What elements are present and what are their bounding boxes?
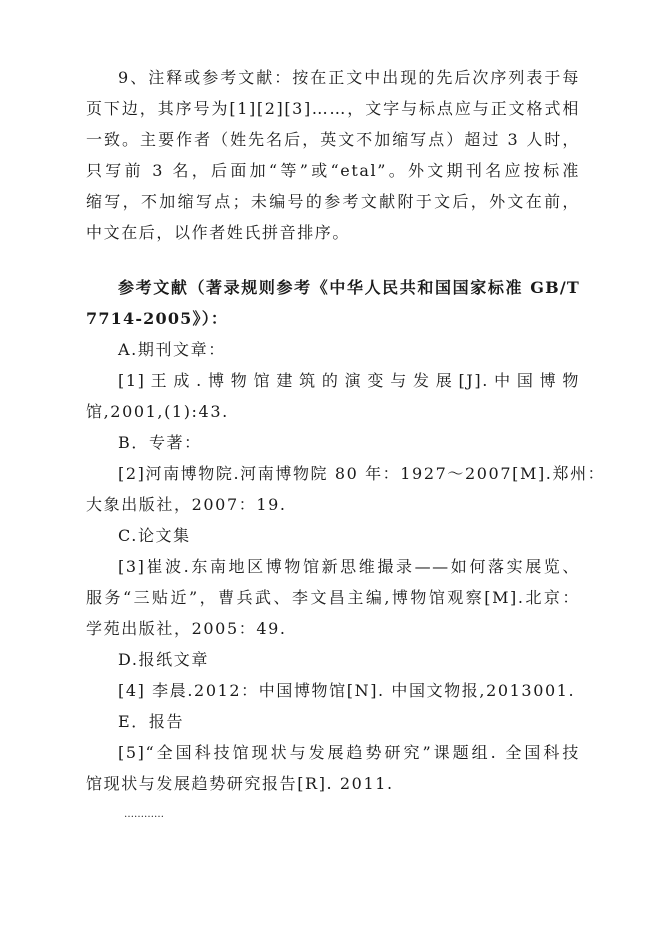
spacer <box>86 248 580 272</box>
reference-entry: 馆现状与发展趋势研究报告[R]. 2011. <box>86 768 580 799</box>
text-line: 页下边，其序号为[1][2][3]……，文字与标点应与正文格式相 <box>86 93 580 124</box>
reference-entry: 大象出版社，2007：19. <box>86 489 580 520</box>
reference-entry: 学苑出版社，2005：49. <box>86 613 580 644</box>
text-line: 一致。主要作者（姓先名后，英文不加缩写点）超过 3 人时， <box>86 124 580 155</box>
text-line: 只写前 3 名，后面加“等”或“etal”。外文期刊名应按标准 <box>86 155 580 186</box>
section-label-monograph: B．专著： <box>86 427 580 458</box>
document-page: 9、注释或参考文献：按在正文中出现的先后次序列表于每 页下边，其序号为[1][2… <box>86 62 580 819</box>
reference-entry: 馆,2001,(1):43. <box>86 396 580 427</box>
reference-entry: [1]王成.博物馆建筑的演变与发展[J].中国博物 <box>86 365 580 396</box>
reference-entry: [3]崔波.东南地区博物馆新思维撮录——如何落实展览、 <box>86 551 580 582</box>
section-label-journal: A.期刊文章： <box>86 334 580 365</box>
paragraph-9: 9、注释或参考文献：按在正文中出现的先后次序列表于每 页下边，其序号为[1][2… <box>86 62 580 248</box>
references-section: 参考文献（著录规则参考《中华人民共和国国家标准 GB/T 7714-2005》）… <box>86 272 580 819</box>
references-heading: 参考文献（著录规则参考《中华人民共和国国家标准 GB/T <box>86 272 580 303</box>
reference-entry: [5]“全国科技馆现状与发展趋势研究”课题组. 全国科技 <box>86 737 580 768</box>
text-line: 中文在后，以作者姓氏拼音排序。 <box>86 217 580 248</box>
text-line: 缩写，不加缩写点；未编号的参考文献附于文后，外文在前， <box>86 186 580 217</box>
section-label-proceedings: C.论文集 <box>86 520 580 551</box>
section-label-newspaper: D.报纸文章 <box>86 644 580 675</box>
reference-entry: [4] 李晨.2012：中国博物馆[N]. 中国文物报,2013001. <box>86 675 580 706</box>
reference-entry: [2]河南博物院.河南博物院 80 年：1927～2007[M].郑州： <box>86 458 580 489</box>
section-label-report: E．报告 <box>86 706 580 737</box>
references-heading: 7714-2005》）： <box>86 303 580 334</box>
ellipsis: ………… <box>86 799 580 819</box>
reference-entry: 服务“三贴近”，曹兵武、李文昌主编,博物馆观察[M].北京： <box>86 582 580 613</box>
text-line: 9、注释或参考文献：按在正文中出现的先后次序列表于每 <box>86 62 580 93</box>
